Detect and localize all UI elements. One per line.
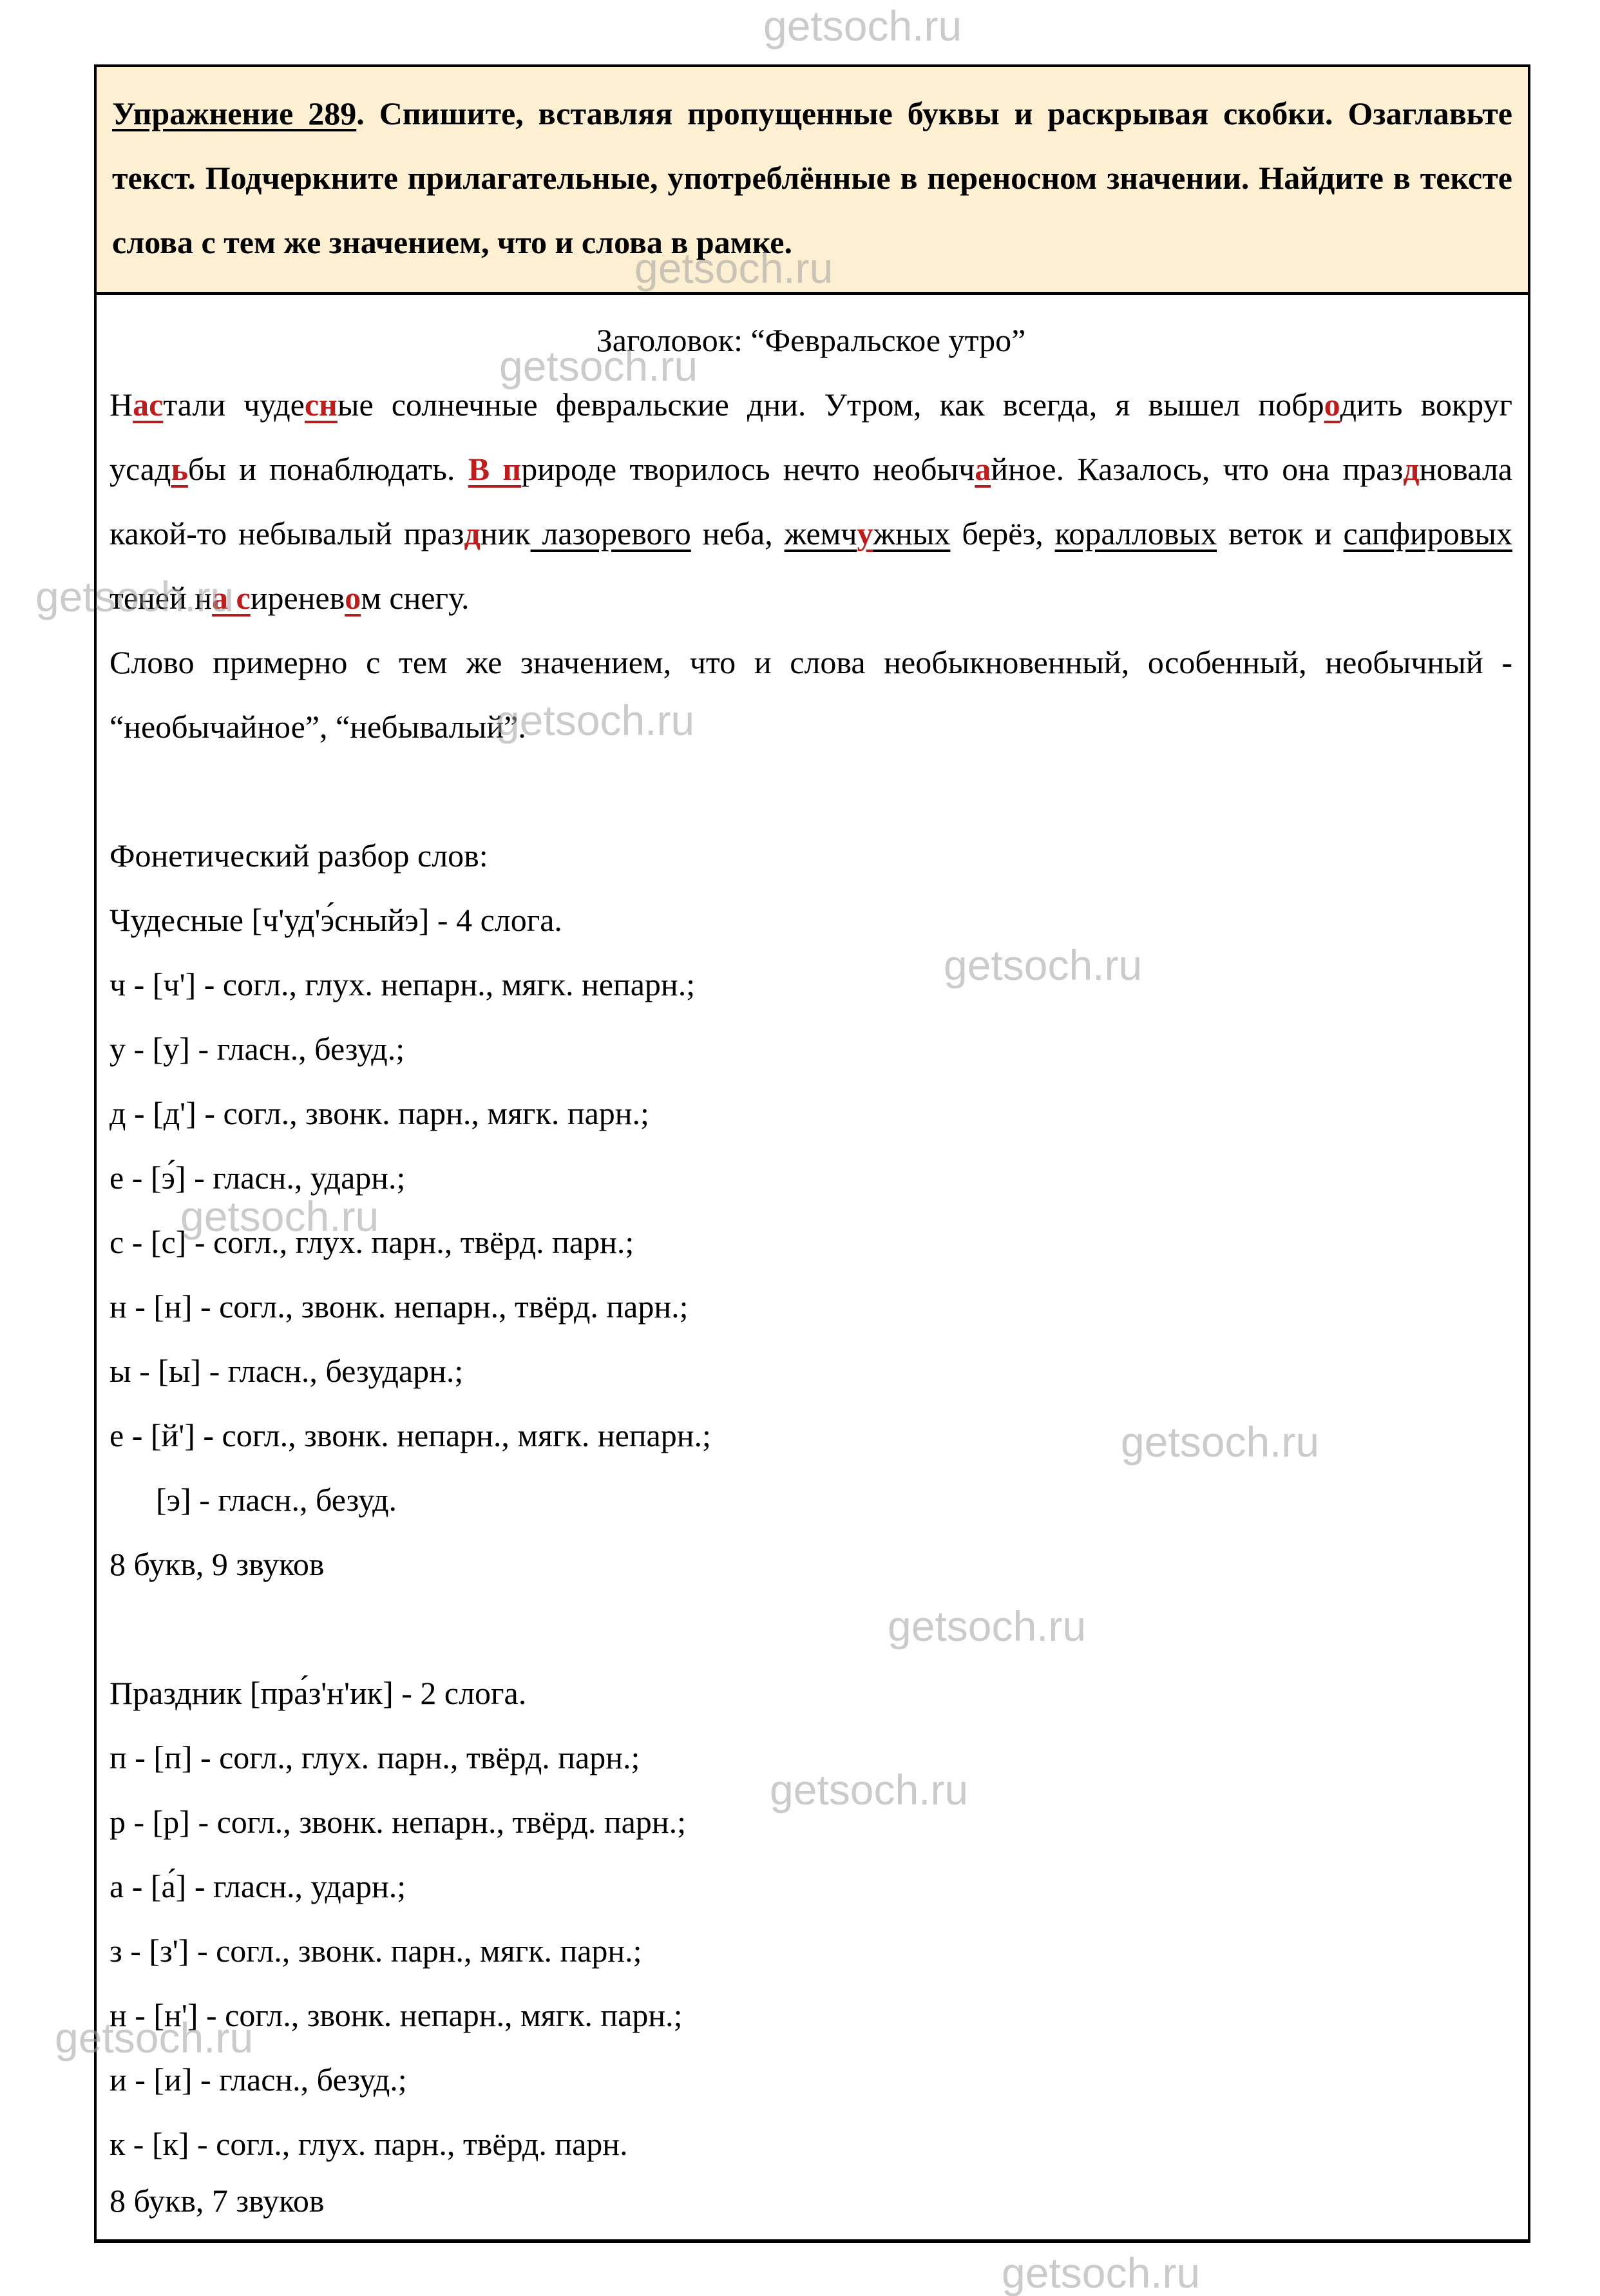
phonetic-word-title: Праздник [пра́з'н'ик] - 2 слога. [110, 1661, 1512, 1725]
spacer [110, 1596, 1512, 1661]
inserted-letter: В п [468, 451, 521, 487]
figurative-adjective: жных [873, 515, 951, 551]
phonetic-row: е - [й'] - согл., звонк. непарн., мягк. … [110, 1403, 1512, 1468]
watermark: getsoch.ru [763, 1, 962, 50]
text-segment: рироде творилось нечто необыч [521, 451, 975, 487]
synonyms-paragraph: Слово примерно с тем же значением, что и… [110, 630, 1512, 759]
phonetic-row: з - [з'] - согл., звонк. парн., мягк. па… [110, 1918, 1512, 1983]
phonetic-row: у - [у] - гласн., безуд.; [110, 1017, 1512, 1081]
main-text-paragraph: Настали чудесные солнечные февральские д… [110, 372, 1512, 630]
answer-title: Заголовок: “Февральское утро” [110, 308, 1512, 372]
text-segment: Н [110, 387, 133, 423]
phonetic-row: к - [к] - согл., глух. парн., твёрд. пар… [110, 2112, 1512, 2176]
text-segment: тали чуде [163, 387, 305, 423]
text-segment: неба, [691, 515, 785, 551]
phonetic-summary: 8 букв, 9 звуков [110, 1532, 1512, 1596]
phonetic-row: п - [п] - согл., глух. парн., твёрд. пар… [110, 1725, 1512, 1790]
phonetic-row: ы - [ы] - гласн., безударн.; [110, 1339, 1512, 1403]
phonetic-row: ч - [ч'] - согл., глух. непарн., мягк. н… [110, 952, 1512, 1017]
inserted-letter: ь [171, 451, 187, 487]
text-segment: ые солнечные февральские дни. Утром, как… [338, 387, 1324, 423]
phonetic-row: е - [э́] - гласн., ударн.; [110, 1145, 1512, 1210]
phonetic-word-block: Праздник [пра́з'н'ик] - 2 слога.п - [п] … [110, 1661, 1512, 2225]
phonetic-heading: Фонетический разбор слов: [110, 823, 1512, 888]
inserted-letter: а с [212, 580, 251, 616]
text-segment: берёз, [950, 515, 1054, 551]
phonetic-row: р - [р] - согл., звонк. непарн., твёрд. … [110, 1790, 1512, 1854]
inserted-letter: сн [305, 387, 338, 423]
phonetic-row: н - [н'] - согл., звонк. непарн., мягк. … [110, 1983, 1512, 2047]
phonetic-word-title: Чудесные [ч'уд'э́сныйэ] - 4 слога. [110, 888, 1512, 952]
figurative-adjective: коралловых [1055, 515, 1217, 551]
phonetic-row: с - [с] - согл., глух. парн., твёрд. пар… [110, 1210, 1512, 1274]
exercise-number: Упражнение 289 [112, 95, 356, 131]
figurative-adjective: сапфировых [1344, 515, 1512, 551]
answer-content: Заголовок: “Февральское утро” Настали чу… [97, 295, 1528, 2225]
inserted-letter: а [975, 451, 991, 487]
text-segment: иренев [251, 580, 345, 616]
text-segment: йное. Казалось, что она праз [991, 451, 1403, 487]
phonetic-row: а - [а́] - гласн., ударн.; [110, 1854, 1512, 1918]
inserted-letter: о [345, 580, 361, 616]
text-segment: ник [481, 515, 531, 551]
text-segment: бы и понаблюдать. [188, 451, 468, 487]
text-segment: м снегу. [361, 580, 469, 616]
phonetic-row: н - [н] - согл., звонк. непарн., твёрд. … [110, 1274, 1512, 1339]
spacer [110, 759, 1512, 823]
exercise-frame: Упражнение 289. Спишите, вставляя пропущ… [94, 64, 1530, 2243]
phonetic-summary: 8 букв, 7 звуков [110, 2176, 1512, 2225]
phonetic-row: и - [и] - гласн., безуд.; [110, 2047, 1512, 2112]
inserted-letter: д [464, 515, 480, 551]
text-segment: теней н [110, 580, 212, 616]
watermark: getsoch.ru [1002, 2248, 1200, 2296]
phonetic-word-block: Чудесные [ч'уд'э́сныйэ] - 4 слога.ч - [ч… [110, 888, 1512, 1596]
phonetic-row: [э] - гласн., безуд. [110, 1468, 1512, 1532]
phonetic-row: д - [д'] - согл., звонк. парн., мягк. па… [110, 1081, 1512, 1145]
phonetic-analysis: Чудесные [ч'уд'э́сныйэ] - 4 слога.ч - [ч… [110, 888, 1512, 2225]
inserted-letter: ас [133, 387, 163, 423]
figurative-adjective: жемч [785, 515, 857, 551]
task-header: Упражнение 289. Спишите, вставляя пропущ… [97, 67, 1528, 295]
inserted-letter: о [1324, 387, 1340, 423]
inserted-letter: у [857, 515, 873, 551]
figurative-adjective: лазоревого [531, 515, 691, 551]
inserted-letter: д [1403, 451, 1419, 487]
text-segment: веток и [1217, 515, 1343, 551]
